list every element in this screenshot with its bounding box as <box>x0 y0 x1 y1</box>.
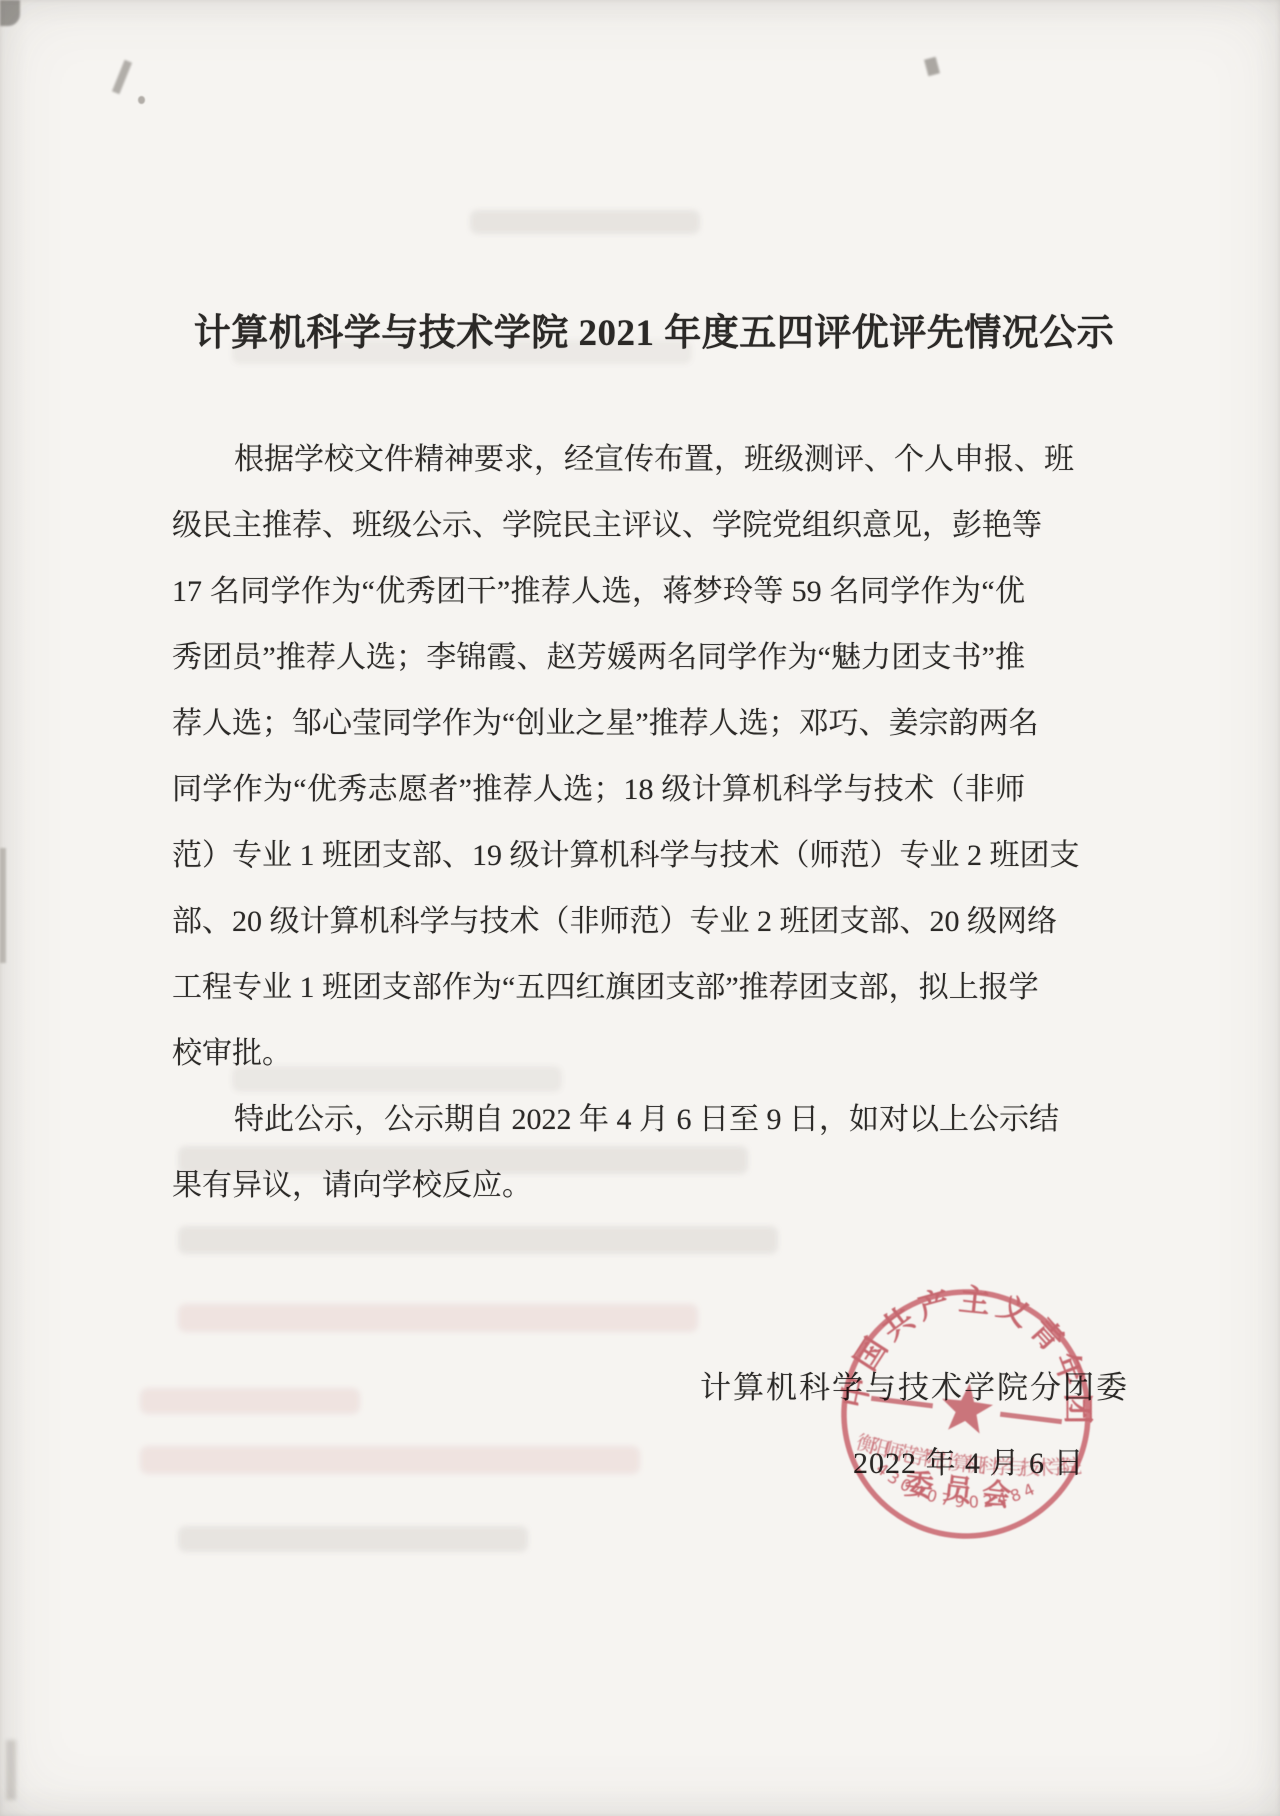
star-icon <box>938 1380 995 1435</box>
body-line: 级民主推荐、班级公示、学院民主评议、学院党组织意见，彭艳等 <box>172 493 1025 559</box>
bleed-through-smudge <box>140 1388 360 1414</box>
body-line: 工程专业 1 班团支部作为“五四红旗团支部”推荐团支部，拟上报学 <box>172 955 1025 1021</box>
seal-right-bar <box>1000 1414 1062 1422</box>
bleed-through-smudge <box>140 1446 640 1474</box>
bleed-through-smudge <box>178 1304 698 1332</box>
body-line: 根据学校文件精神要求，经宣传布置，班级测评、个人申报、班 <box>172 427 1025 493</box>
scan-artifact <box>0 0 20 26</box>
body-line: 范）专业 1 班团支部、19 级计算机科学与技术（师范）专业 2 班团支 <box>172 823 1025 889</box>
scan-artifact <box>112 60 132 95</box>
body-line: 果有异议，请向学校反应。 <box>172 1153 1025 1219</box>
scanned-notice-page: 计算机科学与技术学院 2021 年度五四评优评先情况公示 根据学校文件精神要求，… <box>0 0 1280 1816</box>
scan-artifact <box>0 848 6 963</box>
seal-left-bar <box>871 1398 933 1406</box>
page-title: 计算机科学与技术学院 2021 年度五四评优评先情况公示 <box>0 302 1280 356</box>
body-line: 同学作为“优秀志愿者”推荐人选；18 级计算机科学与技术（非师 <box>172 757 1025 823</box>
scan-artifact <box>138 96 145 104</box>
bleed-through-smudge <box>178 1526 528 1552</box>
official-seal: 中国共产主义青年团 衡阳师范学院计算机科学与技术学院 委员会 430407902… <box>821 1269 1111 1559</box>
notice-body: 根据学校文件精神要求，经宣传布置，班级测评、个人申报、班 级民主推荐、班级公示、… <box>172 427 1025 1219</box>
body-line: 荐人选；邹心莹同学作为“创业之星”推荐人选；邓巧、姜宗韵两名 <box>172 691 1025 757</box>
bleed-through-smudge <box>178 1226 778 1254</box>
scan-artifact <box>6 1740 16 1800</box>
body-line: 校审批。 <box>172 1021 1025 1087</box>
body-line: 特此公示，公示期自 2022 年 4 月 6 日至 9 日，如对以上公示结 <box>172 1087 1025 1153</box>
scan-artifact <box>924 57 940 77</box>
body-line: 17 名同学作为“优秀团干”推荐人选，蒋梦玲等 59 名同学作为“优 <box>172 559 1025 625</box>
bleed-through-smudge <box>470 210 700 234</box>
body-line: 部、20 级计算机科学与技术（非师范）专业 2 班团支部、20 级网络 <box>172 889 1025 955</box>
body-line: 秀团员”推荐人选；李锦霞、赵芳媛两名同学作为“魅力团支书”推 <box>172 625 1025 691</box>
